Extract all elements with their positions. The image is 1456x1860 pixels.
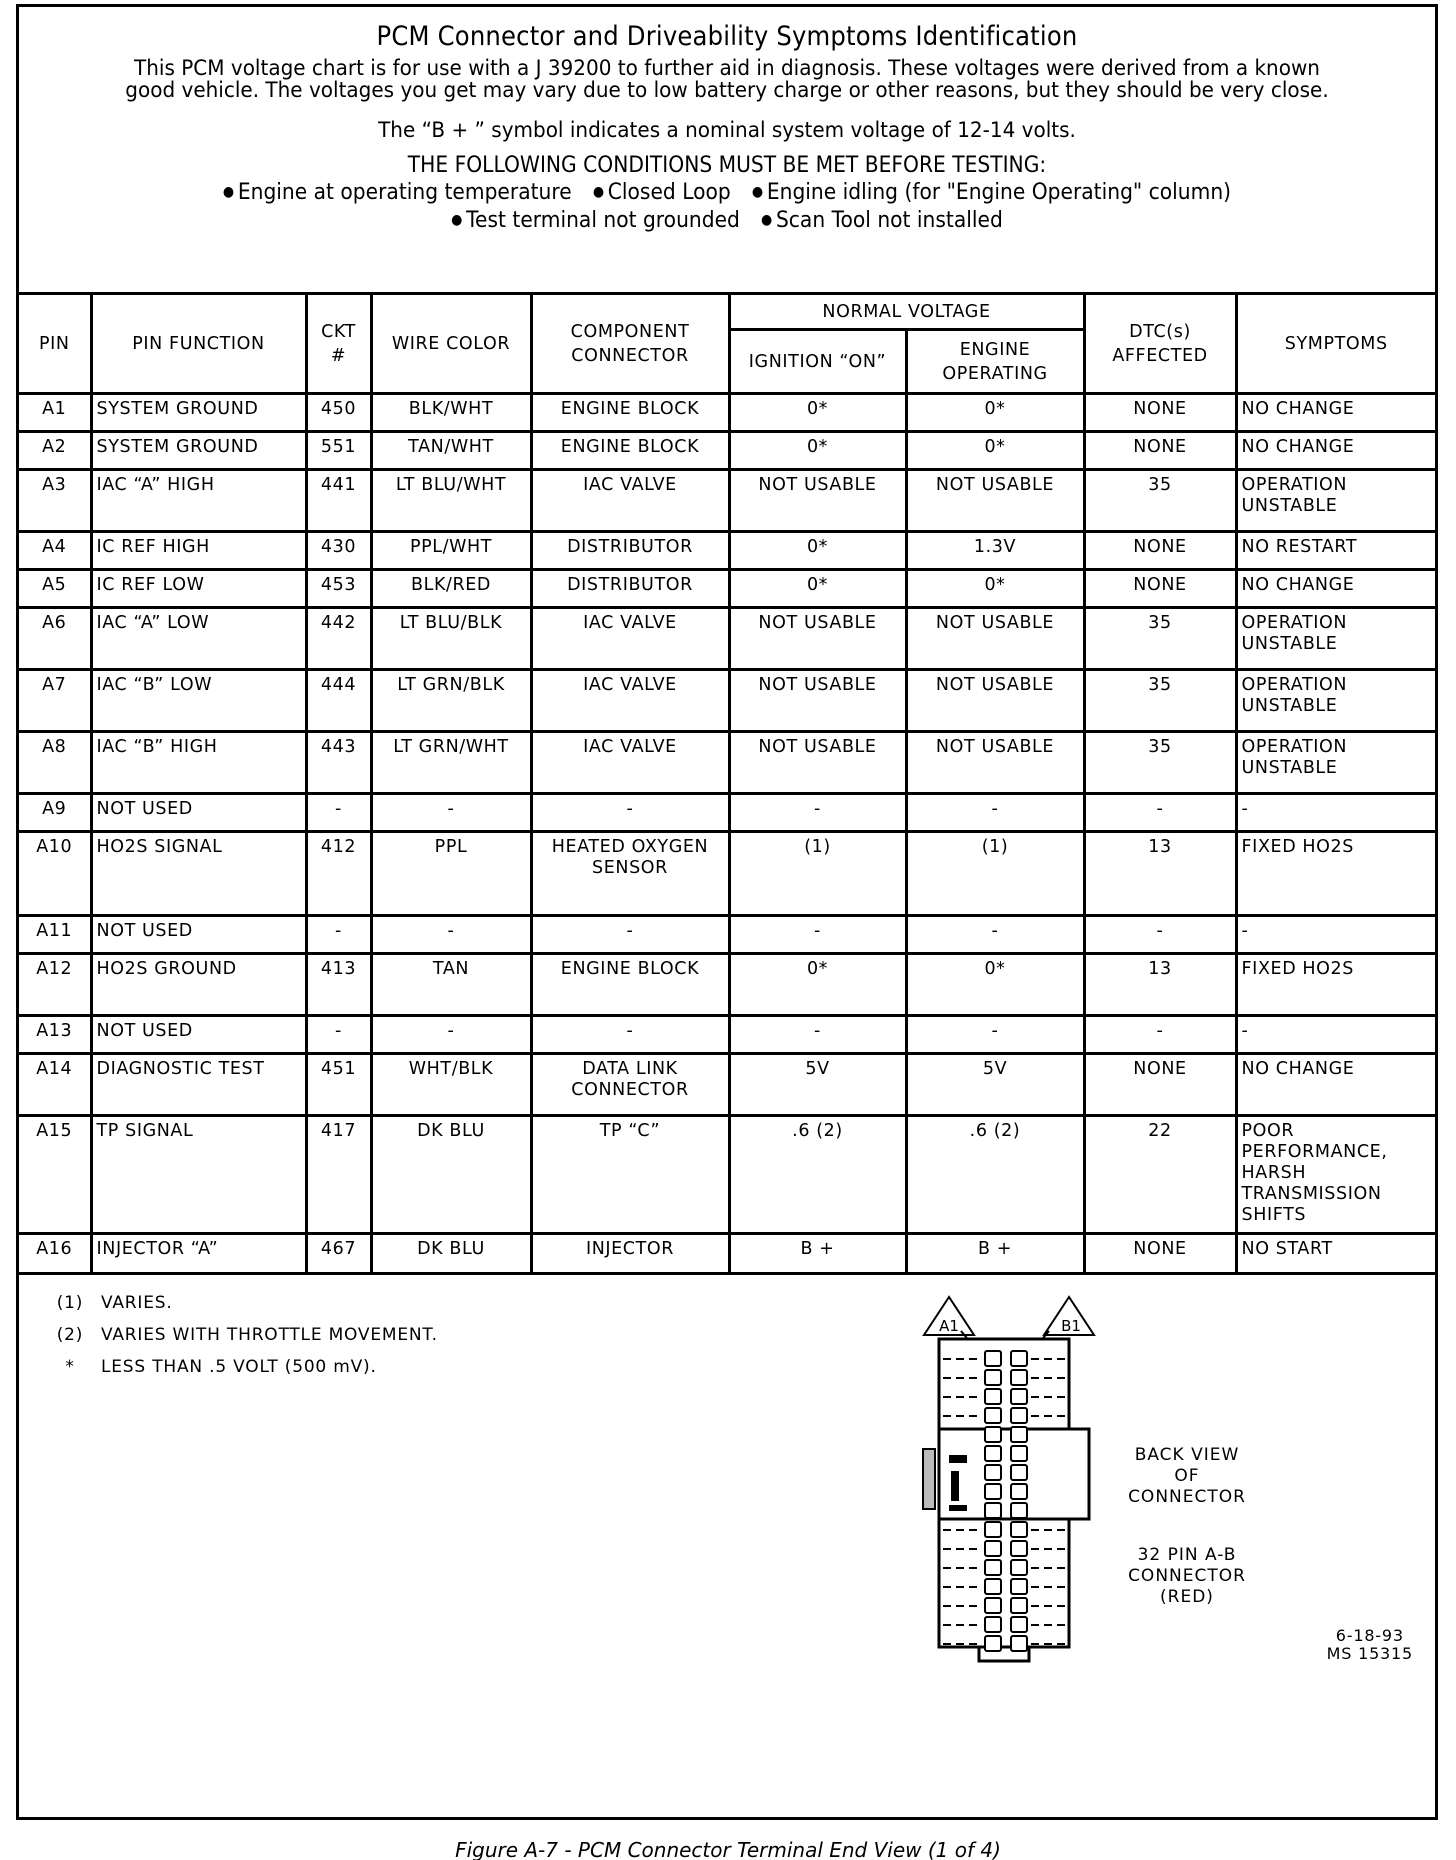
cell-ign: .6 (2) bbox=[729, 1115, 906, 1233]
cell-ckt: 430 bbox=[306, 531, 371, 569]
cell-wire: TAN/WHT bbox=[371, 431, 531, 469]
doc-stamp: 6-18-93 MS 15315 bbox=[1327, 1627, 1413, 1663]
col-header-dtcs-affected: DTC(s) AFFECTED bbox=[1084, 295, 1236, 393]
cell-component: IAC VALVE bbox=[531, 731, 729, 793]
cell-wire: LT BLU/WHT bbox=[371, 469, 531, 531]
cell-wire: LT GRN/WHT bbox=[371, 731, 531, 793]
cell-function: INJECTOR “A” bbox=[91, 1233, 306, 1273]
cell-symptoms: FIXED HO2S bbox=[1236, 953, 1435, 1015]
footnote: * LESS THAN .5 VOLT (500 mV). bbox=[39, 1357, 438, 1389]
cell-ckt: 417 bbox=[306, 1115, 371, 1233]
connector-diagram: A1 B1 bbox=[919, 1295, 1139, 1685]
cell-dtc: 35 bbox=[1084, 469, 1236, 531]
cell-symptoms: NO CHANGE bbox=[1236, 431, 1435, 469]
cell-eng: NOT USABLE bbox=[906, 469, 1084, 531]
cell-symptoms: OPERATION UNSTABLE bbox=[1236, 469, 1435, 531]
cell-ign: 0* bbox=[729, 569, 906, 607]
table-row: A8IAC “B” HIGH443LT GRN/WHTIAC VALVENOT … bbox=[19, 731, 1435, 793]
cell-wire: DK BLU bbox=[371, 1233, 531, 1273]
cell-ckt: - bbox=[306, 1015, 371, 1053]
cell-ign: - bbox=[729, 793, 906, 831]
cell-wire: - bbox=[371, 793, 531, 831]
cell-pin: A16 bbox=[19, 1233, 91, 1273]
svg-text:A1: A1 bbox=[939, 1317, 959, 1335]
footnote-key: (1) bbox=[39, 1293, 101, 1325]
cell-pin: A14 bbox=[19, 1053, 91, 1115]
cell-function: HO2S GROUND bbox=[91, 953, 306, 1015]
table-row: A5IC REF LOW453BLK/REDDISTRIBUTOR0*0*NON… bbox=[19, 569, 1435, 607]
cell-ign: 5V bbox=[729, 1053, 906, 1115]
cell-component: IAC VALVE bbox=[531, 469, 729, 531]
cell-function: IAC “A” LOW bbox=[91, 607, 306, 669]
cell-dtc: 13 bbox=[1084, 953, 1236, 1015]
cell-eng: 0* bbox=[906, 431, 1084, 469]
cell-function: IC REF LOW bbox=[91, 569, 306, 607]
col-header-wire-color: WIRE COLOR bbox=[371, 295, 531, 393]
cell-wire: DK BLU bbox=[371, 1115, 531, 1233]
document-frame: PCM Connector and Driveability Symptoms … bbox=[16, 4, 1438, 1820]
cell-ign: - bbox=[729, 915, 906, 953]
table-row: A12HO2S GROUND413TANENGINE BLOCK0*0*13FI… bbox=[19, 953, 1435, 1015]
stamp-code: MS 15315 bbox=[1327, 1645, 1413, 1663]
cell-ign: 0* bbox=[729, 393, 906, 431]
table-row: A1SYSTEM GROUND450BLK/WHTENGINE BLOCK0*0… bbox=[19, 393, 1435, 431]
cell-component: ENGINE BLOCK bbox=[531, 953, 729, 1015]
condition-item: Scan Tool not installed bbox=[761, 208, 1003, 233]
cell-function: NOT USED bbox=[91, 915, 306, 953]
cell-eng: NOT USABLE bbox=[906, 669, 1084, 731]
svg-text:B1: B1 bbox=[1061, 1317, 1081, 1335]
cell-eng: 0* bbox=[906, 393, 1084, 431]
table-row: A6IAC “A” LOW442LT BLU/BLKIAC VALVENOT U… bbox=[19, 607, 1435, 669]
conditions-line-1: Engine at operating temperature Closed L… bbox=[76, 182, 1379, 206]
cell-ckt: 450 bbox=[306, 393, 371, 431]
col-header-ckt: CKT # bbox=[306, 295, 371, 393]
cell-wire: PPL bbox=[371, 831, 531, 915]
cell-function: NOT USED bbox=[91, 793, 306, 831]
cell-dtc: - bbox=[1084, 1015, 1236, 1053]
col-header-symptoms: SYMPTOMS bbox=[1236, 295, 1435, 393]
cell-eng: B + bbox=[906, 1233, 1084, 1273]
cell-dtc: NONE bbox=[1084, 569, 1236, 607]
cell-function: IAC “A” HIGH bbox=[91, 469, 306, 531]
cell-component: DISTRIBUTOR bbox=[531, 531, 729, 569]
cell-function: SYSTEM GROUND bbox=[91, 431, 306, 469]
cell-dtc: 35 bbox=[1084, 731, 1236, 793]
cell-component: INJECTOR bbox=[531, 1233, 729, 1273]
cell-symptoms: NO CHANGE bbox=[1236, 569, 1435, 607]
cell-pin: A6 bbox=[19, 607, 91, 669]
cell-dtc: - bbox=[1084, 915, 1236, 953]
cell-ckt: 453 bbox=[306, 569, 371, 607]
bplus-note: The “B + ” symbol indicates a nominal sy… bbox=[69, 118, 1386, 143]
cell-dtc: NONE bbox=[1084, 431, 1236, 469]
table-row: A13NOT USED------- bbox=[19, 1015, 1435, 1053]
condition-item: Closed Loop bbox=[593, 180, 731, 205]
cell-function: HO2S SIGNAL bbox=[91, 831, 306, 915]
condition-item: Engine idling (for "Engine Operating" co… bbox=[752, 180, 1231, 205]
cell-pin: A12 bbox=[19, 953, 91, 1015]
cell-component: - bbox=[531, 915, 729, 953]
footnote-text: VARIES. bbox=[101, 1293, 173, 1325]
cell-pin: A3 bbox=[19, 469, 91, 531]
cell-pin: A11 bbox=[19, 915, 91, 953]
col-header-pin: PIN bbox=[19, 295, 91, 393]
cell-function: SYSTEM GROUND bbox=[91, 393, 306, 431]
cell-function: IAC “B” LOW bbox=[91, 669, 306, 731]
col-header-component-connector: COMPONENT CONNECTOR bbox=[531, 295, 729, 393]
cell-function: IAC “B” HIGH bbox=[91, 731, 306, 793]
connector-label: 32 PIN A-B CONNECTOR (RED) bbox=[1127, 1545, 1247, 1608]
intro-section: PCM Connector and Driveability Symptoms … bbox=[19, 7, 1435, 295]
cell-ckt: 451 bbox=[306, 1053, 371, 1115]
cell-ckt: 467 bbox=[306, 1233, 371, 1273]
cell-wire: LT GRN/BLK bbox=[371, 669, 531, 731]
cell-symptoms: FIXED HO2S bbox=[1236, 831, 1435, 915]
cell-ign: NOT USABLE bbox=[729, 669, 906, 731]
cell-symptoms: - bbox=[1236, 1015, 1435, 1053]
cell-wire: BLK/RED bbox=[371, 569, 531, 607]
conditions-title: THE FOLLOWING CONDITIONS MUST BE MET BEF… bbox=[76, 153, 1379, 178]
cell-ign: (1) bbox=[729, 831, 906, 915]
cell-wire: WHT/BLK bbox=[371, 1053, 531, 1115]
table-row: A3IAC “A” HIGH441LT BLU/WHTIAC VALVENOT … bbox=[19, 469, 1435, 531]
cell-eng: .6 (2) bbox=[906, 1115, 1084, 1233]
cell-eng: - bbox=[906, 793, 1084, 831]
cell-component: - bbox=[531, 1015, 729, 1053]
cell-ckt: - bbox=[306, 915, 371, 953]
col-header-pin-function: PIN FUNCTION bbox=[91, 295, 306, 393]
cell-symptoms: POOR PERFORMANCE, HARSH TRANSMISSION SHI… bbox=[1236, 1115, 1435, 1233]
cell-wire: - bbox=[371, 1015, 531, 1053]
cell-eng: 5V bbox=[906, 1053, 1084, 1115]
cell-eng: (1) bbox=[906, 831, 1084, 915]
cell-function: NOT USED bbox=[91, 1015, 306, 1053]
cell-ign: NOT USABLE bbox=[729, 607, 906, 669]
footnote: (2) VARIES WITH THROTTLE MOVEMENT. bbox=[39, 1325, 438, 1357]
cell-component: HEATED OXYGEN SENSOR bbox=[531, 831, 729, 915]
cell-dtc: NONE bbox=[1084, 393, 1236, 431]
cell-function: DIAGNOSTIC TEST bbox=[91, 1053, 306, 1115]
conditions-line-2: Test terminal not grounded Scan Tool not… bbox=[76, 210, 1379, 234]
cell-pin: A1 bbox=[19, 393, 91, 431]
cell-symptoms: OPERATION UNSTABLE bbox=[1236, 731, 1435, 793]
cell-ign: B + bbox=[729, 1233, 906, 1273]
cell-eng: - bbox=[906, 915, 1084, 953]
footnote-text: LESS THAN .5 VOLT (500 mV). bbox=[101, 1357, 377, 1389]
cell-pin: A9 bbox=[19, 793, 91, 831]
table-row: A10HO2S SIGNAL412PPLHEATED OXYGEN SENSOR… bbox=[19, 831, 1435, 915]
table-row: A16INJECTOR “A”467DK BLUINJECTORB +B +NO… bbox=[19, 1233, 1435, 1273]
cell-symptoms: NO CHANGE bbox=[1236, 1053, 1435, 1115]
footnote: (1) VARIES. bbox=[39, 1293, 438, 1325]
cell-eng: 0* bbox=[906, 569, 1084, 607]
cell-symptoms: NO CHANGE bbox=[1236, 393, 1435, 431]
cell-symptoms: NO START bbox=[1236, 1233, 1435, 1273]
cell-ign: - bbox=[729, 1015, 906, 1053]
view-label: BACK VIEW OF CONNECTOR bbox=[1127, 1445, 1247, 1508]
cell-wire: BLK/WHT bbox=[371, 393, 531, 431]
cell-ign: 0* bbox=[729, 953, 906, 1015]
cell-pin: A2 bbox=[19, 431, 91, 469]
cell-component: ENGINE BLOCK bbox=[531, 431, 729, 469]
cell-dtc: 13 bbox=[1084, 831, 1236, 915]
col-header-ignition-on: IGNITION “ON” bbox=[729, 329, 906, 393]
cell-eng: 0* bbox=[906, 953, 1084, 1015]
cell-pin: A10 bbox=[19, 831, 91, 915]
cell-ign: 0* bbox=[729, 531, 906, 569]
cell-dtc: NONE bbox=[1084, 531, 1236, 569]
stamp-date: 6-18-93 bbox=[1327, 1627, 1413, 1645]
cell-symptoms: - bbox=[1236, 793, 1435, 831]
cell-ckt: 551 bbox=[306, 431, 371, 469]
cell-ckt: 441 bbox=[306, 469, 371, 531]
table-row: A15TP SIGNAL417DK BLUTP “C”.6 (2).6 (2)2… bbox=[19, 1115, 1435, 1233]
cell-component: TP “C” bbox=[531, 1115, 729, 1233]
cell-ckt: 444 bbox=[306, 669, 371, 731]
cell-pin: A4 bbox=[19, 531, 91, 569]
cell-function: IC REF HIGH bbox=[91, 531, 306, 569]
cell-ckt: 443 bbox=[306, 731, 371, 793]
table-row: A11NOT USED------- bbox=[19, 915, 1435, 953]
table-row: A14DIAGNOSTIC TEST451WHT/BLKDATA LINK CO… bbox=[19, 1053, 1435, 1115]
cell-pin: A5 bbox=[19, 569, 91, 607]
cell-dtc: NONE bbox=[1084, 1053, 1236, 1115]
col-header-normal-voltage: NORMAL VOLTAGE bbox=[729, 295, 1084, 329]
cell-pin: A7 bbox=[19, 669, 91, 731]
footnote-key: (2) bbox=[39, 1325, 101, 1357]
cell-component: DATA LINK CONNECTOR bbox=[531, 1053, 729, 1115]
figure-caption: Figure A-7 - PCM Connector Terminal End … bbox=[0, 1838, 1456, 1860]
cell-dtc: NONE bbox=[1084, 1233, 1236, 1273]
cell-wire: LT BLU/BLK bbox=[371, 607, 531, 669]
footnote-text: VARIES WITH THROTTLE MOVEMENT. bbox=[101, 1325, 438, 1357]
cell-pin: A13 bbox=[19, 1015, 91, 1053]
cell-component: ENGINE BLOCK bbox=[531, 393, 729, 431]
cell-component: - bbox=[531, 793, 729, 831]
cell-symptoms: OPERATION UNSTABLE bbox=[1236, 607, 1435, 669]
cell-component: DISTRIBUTOR bbox=[531, 569, 729, 607]
table-row: A9NOT USED------- bbox=[19, 793, 1435, 831]
cell-eng: - bbox=[906, 1015, 1084, 1053]
footnote-key: * bbox=[39, 1357, 101, 1389]
footer-section: (1) VARIES. (2) VARIES WITH THROTTLE MOV… bbox=[19, 1275, 1435, 1817]
footnotes: (1) VARIES. (2) VARIES WITH THROTTLE MOV… bbox=[39, 1293, 438, 1389]
cell-dtc: 22 bbox=[1084, 1115, 1236, 1233]
cell-wire: PPL/WHT bbox=[371, 531, 531, 569]
condition-item: Test terminal not grounded bbox=[451, 208, 740, 233]
cell-ckt: 442 bbox=[306, 607, 371, 669]
pin-voltage-table: PIN PIN FUNCTION CKT # WIRE COLOR COMPON… bbox=[19, 295, 1435, 1275]
cell-ckt: 413 bbox=[306, 953, 371, 1015]
page-title: PCM Connector and Driveability Symptoms … bbox=[19, 21, 1435, 52]
cell-wire: TAN bbox=[371, 953, 531, 1015]
cell-dtc: - bbox=[1084, 793, 1236, 831]
table-row: A4IC REF HIGH430PPL/WHTDISTRIBUTOR0*1.3V… bbox=[19, 531, 1435, 569]
cell-component: IAC VALVE bbox=[531, 669, 729, 731]
cell-symptoms: - bbox=[1236, 915, 1435, 953]
cell-ckt: - bbox=[306, 793, 371, 831]
cell-function: TP SIGNAL bbox=[91, 1115, 306, 1233]
table-row: A2SYSTEM GROUND551TAN/WHTENGINE BLOCK0*0… bbox=[19, 431, 1435, 469]
cell-symptoms: OPERATION UNSTABLE bbox=[1236, 669, 1435, 731]
cell-dtc: 35 bbox=[1084, 669, 1236, 731]
condition-item: Engine at operating temperature bbox=[223, 180, 572, 205]
cell-wire: - bbox=[371, 915, 531, 953]
cell-eng: NOT USABLE bbox=[906, 607, 1084, 669]
intro-paragraph: This PCM voltage chart is for use with a… bbox=[109, 58, 1344, 102]
table-row: A7IAC “B” LOW444LT GRN/BLKIAC VALVENOT U… bbox=[19, 669, 1435, 731]
cell-pin: A15 bbox=[19, 1115, 91, 1233]
cell-ign: NOT USABLE bbox=[729, 731, 906, 793]
col-header-engine-operating: ENGINE OPERATING bbox=[906, 329, 1084, 393]
cell-ckt: 412 bbox=[306, 831, 371, 915]
cell-ign: NOT USABLE bbox=[729, 469, 906, 531]
cell-eng: NOT USABLE bbox=[906, 731, 1084, 793]
cell-pin: A8 bbox=[19, 731, 91, 793]
cell-component: IAC VALVE bbox=[531, 607, 729, 669]
cell-symptoms: NO RESTART bbox=[1236, 531, 1435, 569]
cell-ign: 0* bbox=[729, 431, 906, 469]
cell-dtc: 35 bbox=[1084, 607, 1236, 669]
cell-eng: 1.3V bbox=[906, 531, 1084, 569]
